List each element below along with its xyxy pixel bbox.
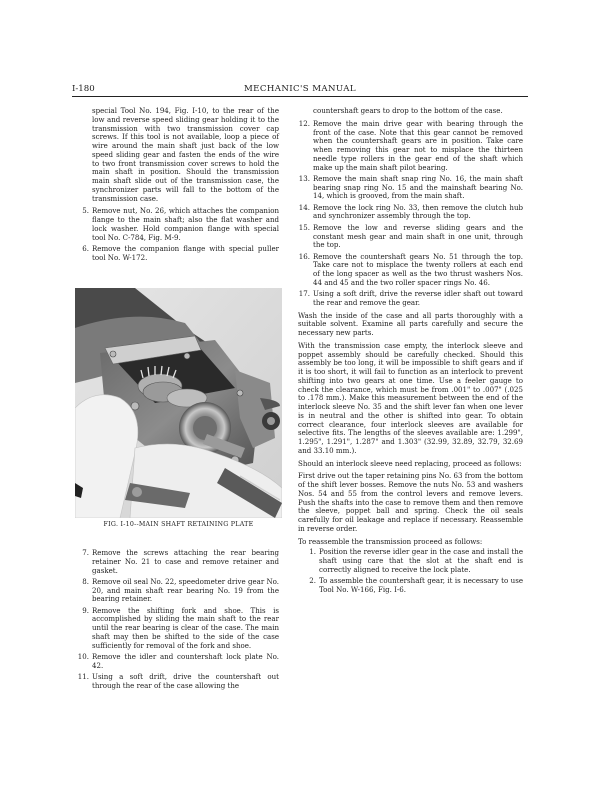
item-text: Remove the lock ring No. 33, then remove…	[313, 203, 523, 221]
paragraph-interlock-sleeve-check: With the transmission case empty, the in…	[298, 342, 523, 456]
item-text: Using a soft drift, drive the reverse id…	[313, 289, 523, 307]
list-item-13: 13. Remove the main shaft snap ring No. …	[298, 175, 523, 201]
item-number: 12.	[294, 120, 310, 129]
list-item-10: 10. Remove the idler and countershaft lo…	[77, 653, 279, 671]
item-number: 9.	[77, 607, 89, 616]
item-text: Remove the main drive gear with bearing …	[313, 119, 523, 172]
reassembly-item-2: 2. To assemble the countershaft gear, it…	[304, 577, 523, 595]
item-number: 13.	[294, 175, 310, 184]
running-title: MECHANIC'S MANUAL	[72, 84, 528, 94]
paragraph-wash-parts: Wash the inside of the case and all part…	[298, 312, 523, 338]
item-text: To assemble the countershaft gear, it is…	[319, 576, 523, 594]
item-number: 14.	[294, 204, 310, 213]
continuation-paragraph: special Tool No. 194, Fig. I-10, to the …	[77, 107, 279, 203]
item-text: Remove the shifting fork and shoe. This …	[92, 606, 279, 650]
item-text: Remove the companion flange with special…	[92, 244, 279, 262]
left-column-top: special Tool No. 194, Fig. I-10, to the …	[77, 107, 279, 265]
page-header: I-180 MECHANIC'S MANUAL	[72, 82, 528, 97]
item-text: Using a soft drift, drive the countersha…	[92, 672, 279, 690]
list-item-8: 8. Remove oil seal No. 22, speedometer d…	[77, 578, 279, 604]
item-number: 8.	[77, 578, 89, 587]
item-number: 7.	[77, 549, 89, 558]
paragraph-interlock-replace-steps: First drive out the taper retaining pins…	[298, 472, 523, 533]
item-text: Remove the countershaft gears No. 51 thr…	[313, 252, 523, 287]
list-item-12: 12. Remove the main drive gear with bear…	[298, 120, 523, 173]
item-text: Remove the idler and countershaft lock p…	[92, 652, 279, 670]
continuation-paragraph: countershaft gears to drop to the bottom…	[298, 107, 523, 116]
list-item-16: 16. Remove the countershaft gears No. 51…	[298, 253, 523, 288]
left-column-bottom: 7. Remove the screws attaching the rear …	[77, 549, 279, 693]
paragraph-interlock-replace-intro: Should an interlock sleeve need replacin…	[298, 460, 523, 469]
item-text: Remove the screws attaching the rear bea…	[92, 548, 279, 575]
item-number: 17.	[294, 290, 310, 299]
item-number: 11.	[73, 673, 89, 682]
item-text: Position the reverse idler gear in the c…	[319, 547, 523, 574]
reassembly-item-1: 1. Position the reverse idler gear in th…	[304, 548, 523, 574]
item-number: 16.	[294, 253, 310, 262]
figure-photo-transmission	[75, 288, 282, 518]
transmission-photo-illustration	[75, 288, 282, 518]
item-number: 15.	[294, 224, 310, 233]
item-text: Remove the low and reverse sliding gears…	[313, 223, 523, 250]
item-number: 2.	[304, 577, 316, 586]
item-number: 1.	[304, 548, 316, 557]
list-item-7: 7. Remove the screws attaching the rear …	[77, 549, 279, 575]
item-number: 5.	[77, 207, 89, 216]
item-text: Remove oil seal No. 22, speedometer driv…	[92, 577, 279, 604]
list-item-17: 17. Using a soft drift, drive the revers…	[298, 290, 523, 308]
list-item-15: 15. Remove the low and reverse sliding g…	[298, 224, 523, 250]
paragraph-reassemble-intro: To reassemble the transmission proceed a…	[298, 538, 523, 547]
manual-page: I-180 MECHANIC'S MANUAL special Tool No.…	[0, 0, 612, 792]
item-number: 10.	[73, 653, 89, 662]
list-item-6: 6. Remove the companion flange with spec…	[77, 245, 279, 263]
item-text: Remove nut, No. 26, which attaches the c…	[92, 206, 279, 241]
item-number: 6.	[77, 245, 89, 254]
figure-caption: FIG. I-10--MAIN SHAFT RETAINING PLATE	[75, 521, 282, 528]
list-item-5: 5. Remove nut, No. 26, which attaches th…	[77, 207, 279, 242]
right-column: countershaft gears to drop to the bottom…	[298, 107, 523, 597]
list-item-14: 14. Remove the lock ring No. 33, then re…	[298, 204, 523, 222]
item-text: Remove the main shaft snap ring No. 16, …	[313, 174, 523, 201]
list-item-9: 9. Remove the shifting fork and shoe. Th…	[77, 607, 279, 651]
list-item-11: 11. Using a soft drift, drive the counte…	[77, 673, 279, 691]
